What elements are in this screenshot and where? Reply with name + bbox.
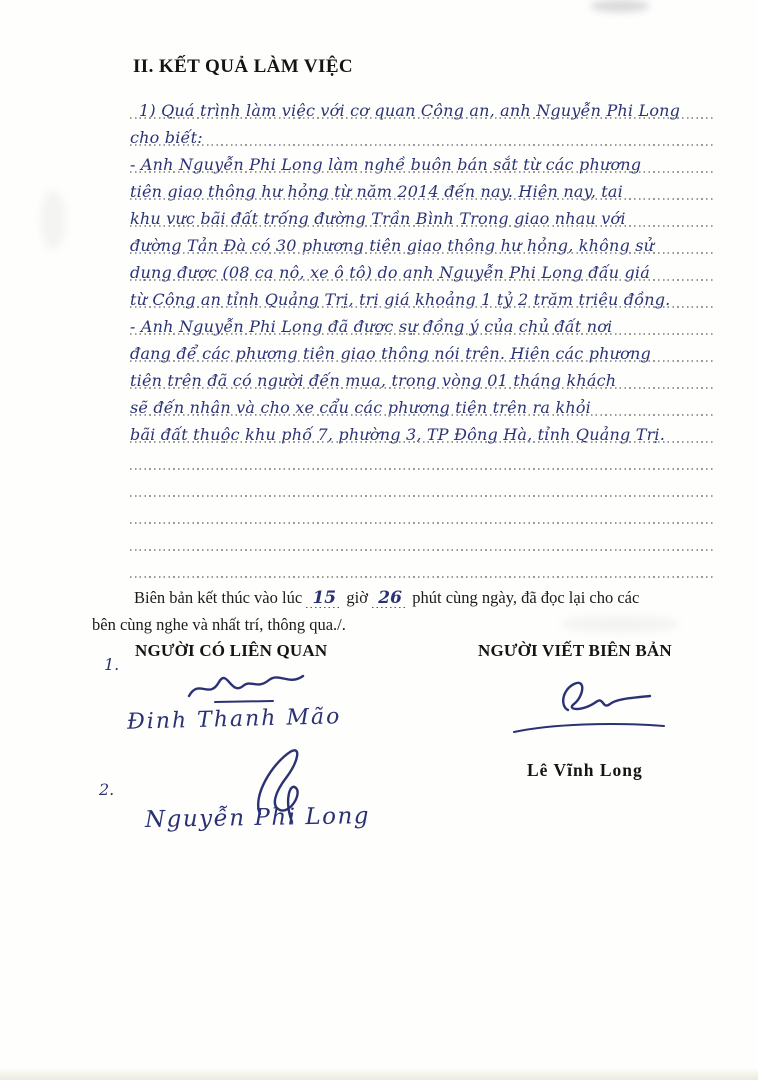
closing-paragraph: Biên bản kết thúc vào lúc 15 giờ 26 phút… bbox=[92, 584, 720, 638]
handwritten-text: 1) Quá trình làm việc với cơ quan Công a… bbox=[139, 101, 680, 120]
empty-ruled-line bbox=[130, 524, 714, 551]
minute-blank: 26 bbox=[372, 588, 408, 608]
handwritten-text: - Anh Nguyễn Phi Long làm nghề buôn bán … bbox=[130, 155, 641, 174]
ruled-line: cho biết: bbox=[130, 119, 714, 146]
signer-1-number: 1. bbox=[104, 655, 119, 674]
handwritten-text: tiện giao thông hư hỏng từ năm 2014 đến … bbox=[130, 182, 623, 201]
hour-value: 15 bbox=[312, 588, 336, 608]
right-signature-heading: NGƯỜI VIẾT BIÊN BẢN bbox=[478, 641, 672, 661]
minute-value: 26 bbox=[378, 588, 402, 608]
handwritten-text: bãi đất thuộc khu phố 7, phường 3, TP Đô… bbox=[130, 425, 665, 444]
signer-2-name: Nguyễn Phi Long bbox=[145, 803, 370, 833]
ruled-line: đường Tản Đà có 30 phương tiện giao thôn… bbox=[130, 227, 714, 254]
scan-edge-band bbox=[0, 1066, 758, 1080]
closing-text-sep: giờ bbox=[346, 588, 368, 607]
signature-1-scribble bbox=[185, 666, 315, 710]
signature-underline-stroke bbox=[512, 720, 667, 736]
handwritten-text: sẽ đến nhận và cho xe cẩu các phương tiệ… bbox=[130, 398, 591, 417]
left-signature-heading: NGƯỜI CÓ LIÊN QUAN bbox=[135, 641, 327, 661]
ruled-line: - Anh Nguyễn Phi Long đã được sự đồng ý … bbox=[130, 308, 714, 335]
ruled-line: sẽ đến nhận và cho xe cẩu các phương tiệ… bbox=[130, 389, 714, 416]
ruled-line: dụng được (08 ca nô, xe ô tô) do anh Ngu… bbox=[130, 254, 714, 281]
hour-blank: 15 bbox=[306, 588, 342, 608]
empty-ruled-line bbox=[130, 551, 714, 578]
handwritten-text: từ Công an tỉnh Quảng Trị, trị giá khoản… bbox=[130, 290, 670, 309]
handwritten-text: đường Tản Đà có 30 phương tiện giao thôn… bbox=[130, 236, 654, 255]
closing-text-post: phút cùng ngày, đã đọc lại cho các bbox=[412, 588, 639, 607]
ruled-line: tiện trên đã có người đến mua, trong vòn… bbox=[130, 362, 714, 389]
closing-text-pre: Biên bản kết thúc vào lúc bbox=[134, 588, 302, 607]
signer-2-number: 2. bbox=[99, 780, 114, 799]
report-writer-name: Lê Vĩnh Long bbox=[527, 760, 643, 781]
closing-line-2: bên cùng nghe và nhất trí, thông qua./. bbox=[92, 611, 720, 638]
report-writer-signature-scribble bbox=[552, 676, 662, 722]
signer-1-name: Đinh Thanh Mão bbox=[127, 704, 342, 735]
empty-ruled-line bbox=[130, 497, 714, 524]
handwritten-text: - Anh Nguyễn Phi Long đã được sự đồng ý … bbox=[130, 317, 612, 336]
ruled-line: đang để các phương tiện giao thông nói t… bbox=[130, 335, 714, 362]
ruled-line: từ Công an tỉnh Quảng Trị, trị giá khoản… bbox=[130, 281, 714, 308]
ruled-line: tiện giao thông hư hỏng từ năm 2014 đến … bbox=[130, 173, 714, 200]
handwritten-text: tiện trên đã có người đến mua, trong vòn… bbox=[130, 371, 616, 390]
handwritten-text: đang để các phương tiện giao thông nói t… bbox=[130, 344, 651, 363]
scanned-document-page: II. KẾT QUẢ LÀM VIỆC 1) Quá trình làm vi… bbox=[0, 0, 758, 1080]
empty-ruled-line bbox=[130, 470, 714, 497]
handwritten-text: khu vực bãi đất trống đường Trần Bình Tr… bbox=[130, 209, 626, 228]
handwritten-text: dụng được (08 ca nô, xe ô tô) do anh Ngu… bbox=[130, 263, 650, 282]
section-title: II. KẾT QUẢ LÀM VIỆC bbox=[133, 56, 353, 78]
ruled-line: khu vực bãi đất trống đường Trần Bình Tr… bbox=[130, 200, 714, 227]
closing-line-1: Biên bản kết thúc vào lúc 15 giờ 26 phút… bbox=[92, 584, 720, 611]
handwritten-text: cho biết: bbox=[130, 128, 203, 147]
ruled-line: bãi đất thuộc khu phố 7, phường 3, TP Đô… bbox=[130, 416, 714, 443]
empty-ruled-line bbox=[130, 443, 714, 470]
handwritten-section: 1) Quá trình làm việc với cơ quan Công a… bbox=[130, 92, 714, 578]
ruled-line: - Anh Nguyễn Phi Long làm nghề buôn bán … bbox=[130, 146, 714, 173]
scan-smudge bbox=[590, 0, 650, 12]
ruled-line: 1) Quá trình làm việc với cơ quan Công a… bbox=[130, 92, 714, 119]
scan-smudge bbox=[40, 190, 66, 250]
